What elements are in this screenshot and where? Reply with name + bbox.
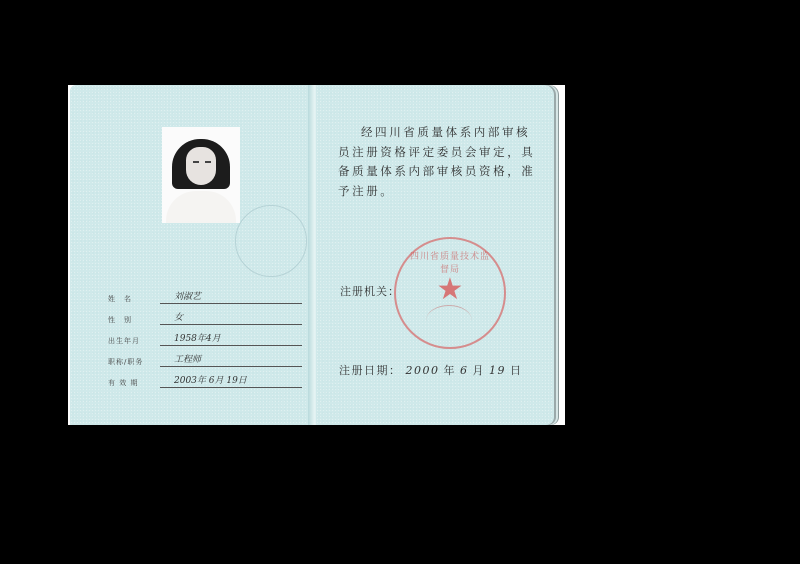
date-day: 19: [489, 364, 506, 377]
field-label: 出生年月: [108, 336, 160, 346]
field-value: 2003年 6月 19日: [160, 375, 302, 388]
certification-statement: 经四川省质量体系内部审核员注册资格评定委员会审定，具备质量体系内部审核员资格，准…: [338, 123, 543, 201]
faint-embossed-seal: [235, 205, 307, 277]
registration-authority-label: 注册机关：: [340, 283, 400, 299]
photo-eye: [193, 161, 199, 163]
date-year: 2000: [406, 364, 440, 377]
field-gender: 性 别 女: [108, 304, 308, 325]
certificate-scan: 姓 名 刘淑艺 性 别 女 出生年月 1958年4月 职称/职务 工程师 有 效…: [68, 85, 565, 425]
field-title: 职称/职务 工程师: [108, 346, 308, 367]
date-day-unit: 日: [510, 364, 523, 377]
date-label: 注册日期：: [339, 364, 402, 377]
field-label: 职称/职务: [108, 357, 160, 367]
field-birth-date: 出生年月 1958年4月: [108, 325, 308, 346]
star-icon: ★: [396, 275, 504, 305]
field-name: 姓 名 刘淑艺: [108, 283, 308, 304]
date-year-unit: 年: [444, 364, 457, 377]
field-value: 女: [160, 312, 302, 325]
right-page: 经四川省质量体系内部审核员注册资格评定委员会审定，具备质量体系内部审核员资格，准…: [316, 85, 554, 425]
date-month-unit: 月: [473, 364, 486, 377]
official-seal: 四川省质量技术监督局 ★: [394, 237, 506, 349]
field-value: 工程师: [160, 354, 302, 367]
date-month: 6: [460, 364, 469, 377]
field-label: 性 别: [108, 315, 160, 325]
holder-photo: [162, 127, 240, 223]
photo-face: [186, 147, 216, 185]
registration-date: 注册日期：2000年6月19日: [339, 362, 523, 378]
photo-eye: [205, 161, 211, 163]
holder-fields: 姓 名 刘淑艺 性 别 女 出生年月 1958年4月 职称/职务 工程师 有 效…: [108, 283, 308, 388]
left-page: 姓 名 刘淑艺 性 别 女 出生年月 1958年4月 职称/职务 工程师 有 效…: [70, 85, 312, 425]
field-value: 刘淑艺: [160, 291, 302, 304]
field-label: 姓 名: [108, 294, 160, 304]
field-value: 1958年4月: [160, 333, 302, 346]
seal-arc: [426, 305, 472, 336]
field-validity: 有 效 期 2003年 6月 19日: [108, 367, 308, 388]
field-label: 有 效 期: [108, 378, 160, 388]
photo-shoulders: [166, 191, 236, 223]
